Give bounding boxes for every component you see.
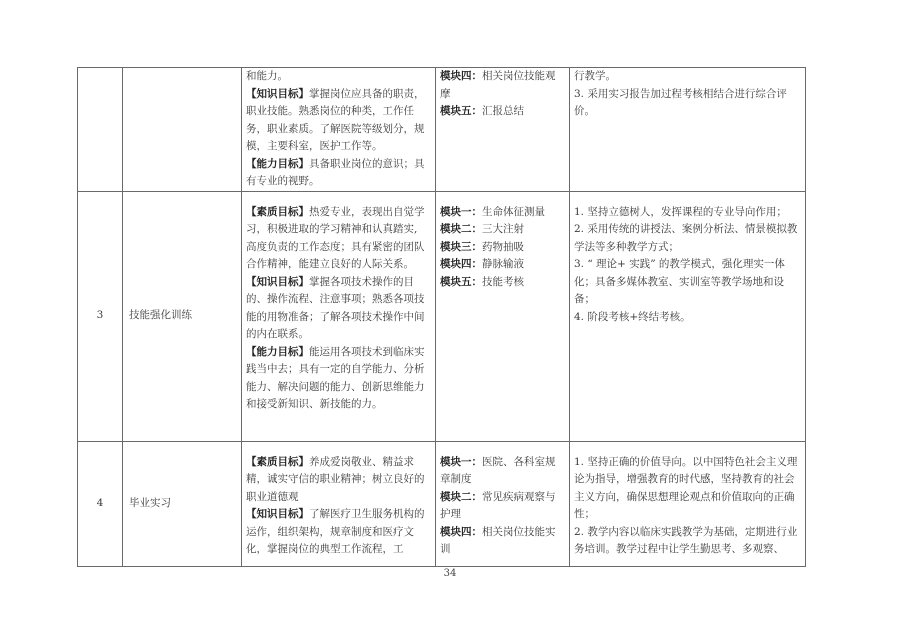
module-item: 模块二：三大注射: [440, 221, 565, 239]
curriculum-table: 和能力。 【知识目标】掌握岗位应具备的职责，职业技能。熟悉岗位的种类，工作任务，…: [77, 67, 806, 567]
method-item: 1. 坚持正确的价值导向。以中国特色社会主义理论为指导，增强教育的时代感，坚持教…: [574, 454, 801, 524]
page-number: 34: [0, 568, 900, 579]
method-item: 3. “ 理论+ 实践” 的教学模式，强化理实一体化；具备多媒体教室、实训室等教…: [574, 256, 801, 309]
modules-cell: 模块一：生命体征测量 模块二：三大注射 模块三：药物抽吸 模块四：静脉输液 模块…: [436, 191, 570, 441]
method-item: 1. 坚持立德树人，发挥课程的专业导向作用；: [574, 204, 801, 222]
goal-item: 【知识目标】掌握各项技术操作的目的、操作流程、注意事项；熟悉各项技能的用物准备；…: [246, 274, 431, 344]
goal-item: 【知识目标】掌握岗位应具备的职责，职业技能。熟悉岗位的种类，工作任务，职业素质。…: [246, 86, 431, 156]
method-item: 行教学。: [574, 68, 801, 86]
method-item: 3. 采用实习报告加过程考核相结合进行综合评价。: [574, 86, 801, 121]
goal-item: 【知识目标】了解医疗卫生服务机构的运作，组织架构，规章制度和医疗文化，掌握岗位的…: [246, 506, 431, 559]
modules-cell: 模块四：相关岗位技能观摩 模块五：汇报总结: [436, 68, 570, 192]
goals-cell: 【素质目标】养成爱岗敬业、精益求精，诚实守信的职业精神；树立良好的职业道德观 【…: [242, 441, 436, 566]
module-item: 模块五：技能考核: [440, 274, 565, 292]
methods-cell: 1. 坚持立德树人，发挥课程的专业导向作用； 2. 采用传统的讲授法、案例分析法…: [570, 191, 806, 441]
course-name: 技能强化训练: [123, 191, 242, 441]
method-item: 2. 采用传统的讲授法、案例分析法、情景模拟教学法等多种教学方式；: [574, 221, 801, 256]
module-item: 模块四：相关岗位技能观摩: [440, 68, 565, 103]
modules-cell: 模块一：医院、各科室规章制度 模块二：常见疾病观察与护理 模块四：相关岗位技能实…: [436, 441, 570, 566]
table-row: 4 毕业实习 【素质目标】养成爱岗敬业、精益求精，诚实守信的职业精神；树立良好的…: [78, 441, 806, 566]
goal-item: 【素质目标】养成爱岗敬业、精益求精，诚实守信的职业精神；树立良好的职业道德观: [246, 454, 431, 507]
module-item: 模块四：相关岗位技能实训: [440, 524, 565, 559]
table-row: 和能力。 【知识目标】掌握岗位应具备的职责，职业技能。熟悉岗位的种类，工作任务，…: [78, 68, 806, 192]
methods-cell: 行教学。 3. 采用实习报告加过程考核相结合进行综合评价。: [570, 68, 806, 192]
methods-cell: 1. 坚持正确的价值导向。以中国特色社会主义理论为指导，增强教育的时代感，坚持教…: [570, 441, 806, 566]
document-page: 和能力。 【知识目标】掌握岗位应具备的职责，职业技能。熟悉岗位的种类，工作任务，…: [0, 0, 900, 636]
module-item: 模块五：汇报总结: [440, 103, 565, 121]
goal-item: 【能力目标】能运用各项技术到临床实践当中去；具有一定的自学能力、分析能力、解决问…: [246, 344, 431, 414]
course-name: 毕业实习: [123, 441, 242, 566]
goals-cell: 【素质目标】热爱专业，表现出自觉学习，积极进取的学习精神和认真踏实, 高度负责的…: [242, 191, 436, 441]
row-number: 4: [78, 441, 123, 566]
row-number: 3: [78, 191, 123, 441]
goals-cell: 和能力。 【知识目标】掌握岗位应具备的职责，职业技能。熟悉岗位的种类，工作任务，…: [242, 68, 436, 192]
goal-item: 和能力。: [246, 68, 431, 86]
goal-item: 【能力目标】具备职业岗位的意识；具有专业的视野。: [246, 156, 431, 191]
goal-item: 【素质目标】热爱专业，表现出自觉学习，积极进取的学习精神和认真踏实, 高度负责的…: [246, 204, 431, 274]
table-row: 3 技能强化训练 【素质目标】热爱专业，表现出自觉学习，积极进取的学习精神和认真…: [78, 191, 806, 441]
module-item: 模块四：静脉输液: [440, 256, 565, 274]
module-item: 模块一：生命体征测量: [440, 204, 565, 222]
row-number: [78, 68, 123, 192]
module-item: 模块二：常见疾病观察与护理: [440, 489, 565, 524]
module-item: 模块一：医院、各科室规章制度: [440, 454, 565, 489]
method-item: 2. 教学内容以临床实践教学为基础，定期进行业务培训。教学过程中让学生勤思考、多…: [574, 524, 801, 559]
method-item: 4. 阶段考核+终结考核。: [574, 309, 801, 327]
course-name: [123, 68, 242, 192]
module-item: 模块三：药物抽吸: [440, 239, 565, 257]
